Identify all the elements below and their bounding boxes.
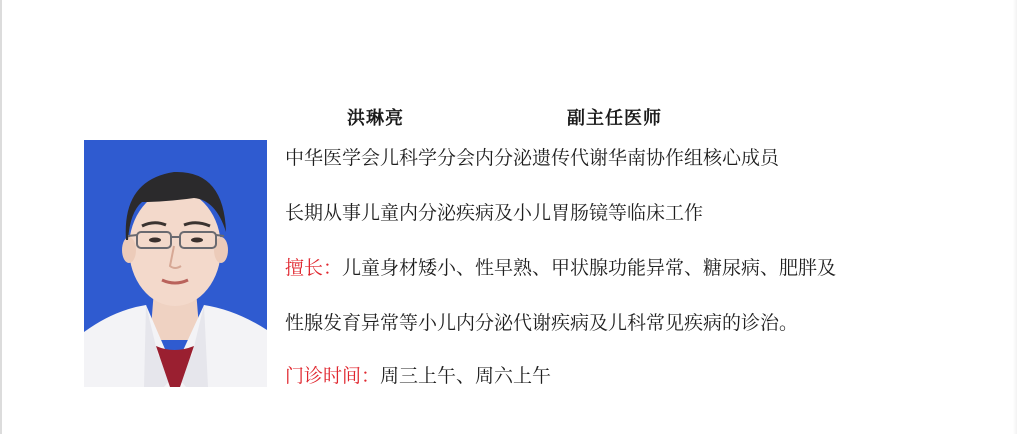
- specialty-line-2: 性腺发育异常等小儿内分泌代谢疾病及儿科常见疾病的诊治。: [285, 309, 798, 337]
- doctor-title: 副主任医师: [567, 104, 662, 130]
- specialty-text-1: 儿童身材矮小、性早熟、甲状腺功能异常、糖尿病、肥胖及: [342, 257, 836, 279]
- experience-line: 长期从事儿童内分泌疾病及小儿胃肠镜等临床工作: [285, 199, 703, 227]
- clinic-time-line: 门诊时间：周三上午、周六上午: [285, 362, 551, 390]
- specialty-label: 擅长：: [285, 257, 342, 279]
- specialty-line-1: 擅长：儿童身材矮小、性早熟、甲状腺功能异常、糖尿病、肥胖及: [285, 254, 836, 282]
- doctor-name: 洪琳亮: [347, 104, 404, 130]
- portrait-image: [84, 140, 267, 387]
- clinic-time-label: 门诊时间：: [285, 365, 380, 387]
- doctor-photo: [84, 140, 267, 387]
- doctor-header: 洪琳亮 副主任医师: [0, 104, 1017, 132]
- page-right-border: [1013, 0, 1017, 434]
- page-left-border: [0, 0, 2, 434]
- membership-line: 中华医学会儿科学分会内分泌遗传代谢华南协作组核心成员: [285, 144, 779, 172]
- clinic-time-value: 周三上午、周六上午: [380, 365, 551, 387]
